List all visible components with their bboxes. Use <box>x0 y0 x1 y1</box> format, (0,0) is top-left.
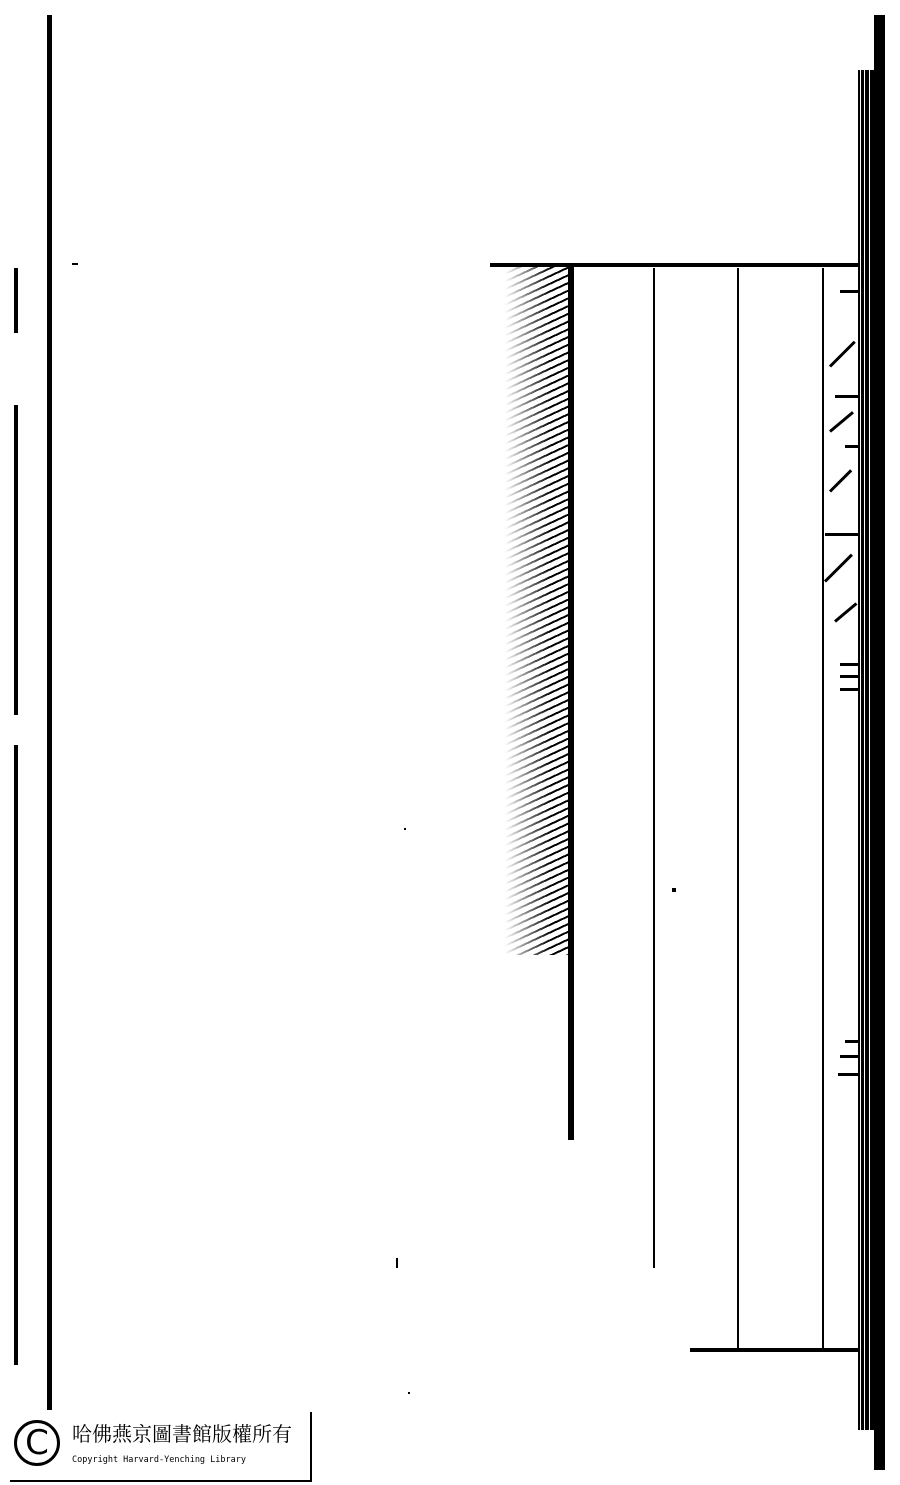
column-rule <box>822 268 824 1348</box>
bleed-through-texture <box>505 265 571 955</box>
column-rule <box>737 268 739 1348</box>
page-edge-mark <box>14 268 18 333</box>
frame-bottom-border <box>690 1348 860 1352</box>
page-edge-mark <box>14 405 18 715</box>
copyright-english-text: Copyright Harvard-Yenching Library <box>72 1455 246 1465</box>
copyright-chinese-text: 哈佛燕京圖書館版權所有 <box>72 1418 292 1447</box>
column-rule <box>653 268 655 1268</box>
left-page-border <box>47 15 52 1410</box>
copyright-icon: C <box>14 1420 60 1466</box>
page-edge-mark <box>14 745 18 1365</box>
page-right-edge <box>874 15 885 1470</box>
copyright-stamp: C 哈佛燕京圖書館版權所有 Copyright Harvard-Yenching… <box>10 1412 312 1482</box>
